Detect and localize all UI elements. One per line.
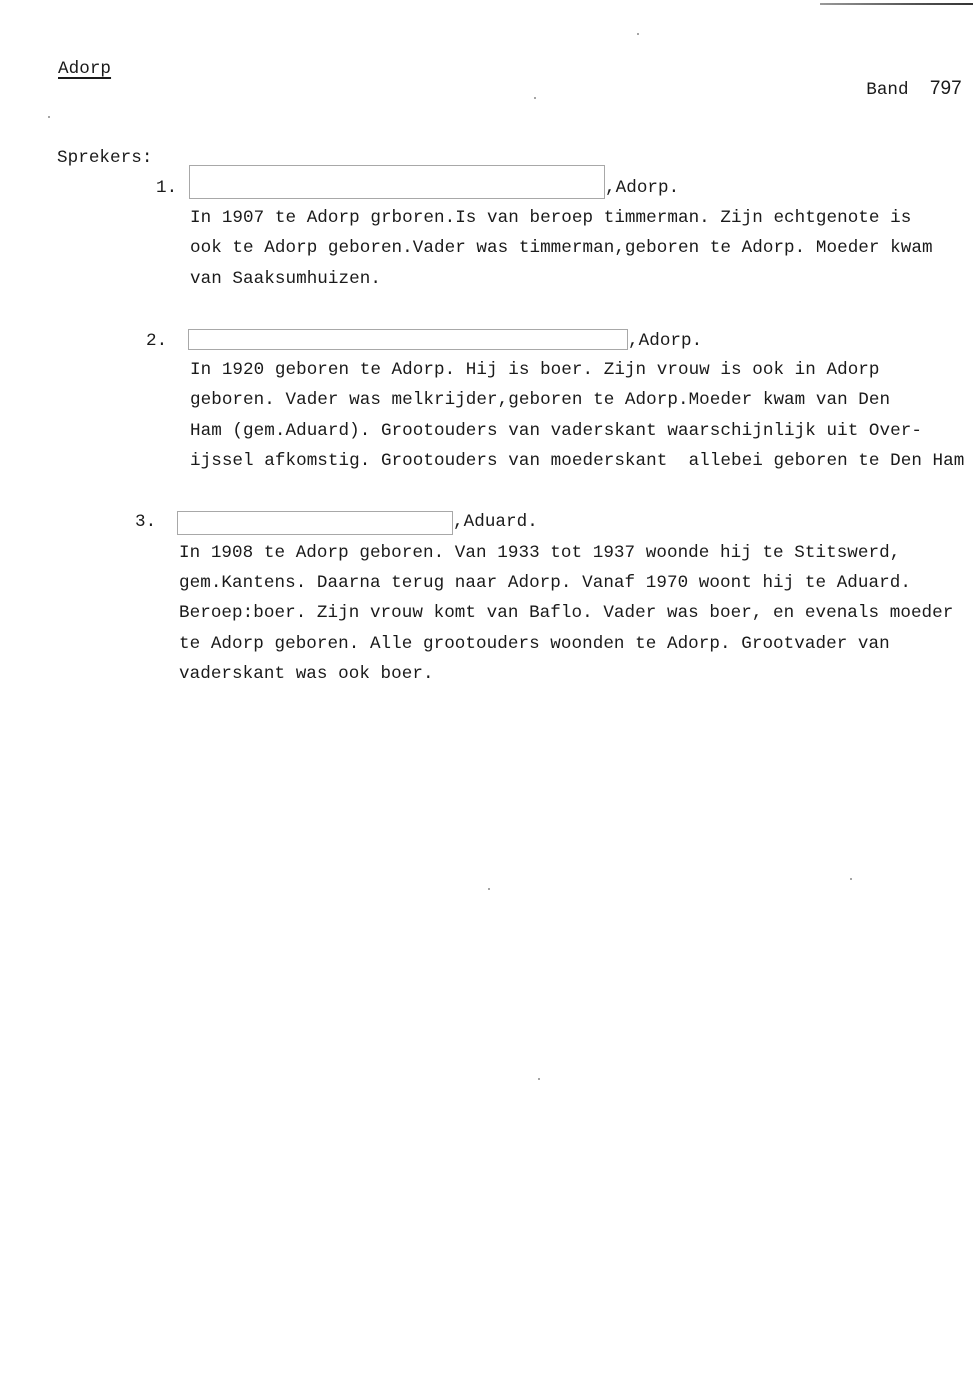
speaker-number: 2. [146,331,167,351]
header-band: Band 797 [845,59,962,100]
scan-speck [488,888,490,890]
section-label: Sprekers: [57,148,152,168]
speaker-text-line: Ham (gem.Aduard). Grootouders van vaders… [190,421,922,441]
speaker-number: 3. [135,512,156,532]
speaker-residence: ,Aduard. [453,512,538,532]
speaker-text-line: In 1907 te Adorp grboren.Is van beroep t… [190,208,911,228]
speaker-text-line: van Saaksumhuizen. [190,269,381,289]
speaker-text-line: geboren. Vader was melkrijder,geboren te… [190,390,890,410]
speaker-text-line: In 1920 geboren te Adorp. Hij is boer. Z… [190,360,880,380]
speaker-residence: ,Adorp. [628,331,702,351]
band-label: Band [866,80,908,100]
speaker-text-line: In 1908 te Adorp geboren. Van 1933 tot 1… [179,543,900,563]
redacted-name-box [188,329,628,350]
scan-edge-line [820,3,973,5]
speaker-text-line: te Adorp geboren. Alle grootouders woond… [179,634,890,654]
speaker-text-line: ijssel afkomstig. Grootouders van moeder… [190,451,964,471]
scan-speck [637,33,639,35]
band-number: 797 [930,78,962,99]
redacted-name-box [177,511,453,535]
speaker-text-line: ook te Adorp geboren.Vader was timmerman… [190,238,933,258]
scan-speck [850,878,852,880]
scan-speck [534,97,536,99]
speaker-residence: ,Adorp. [605,178,679,198]
speaker-text-line: vaderskant was ook boer. [179,664,434,684]
speaker-text-line: gem.Kantens. Daarna terug naar Adorp. Va… [179,573,911,593]
speaker-number: 1. [156,178,177,198]
scan-speck [48,116,50,118]
header-place: Adorp [58,59,111,79]
scan-speck [538,1078,540,1080]
redacted-name-box [189,165,605,199]
speaker-text-line: Beroep:boer. Zijn vrouw komt van Baflo. … [179,603,953,623]
